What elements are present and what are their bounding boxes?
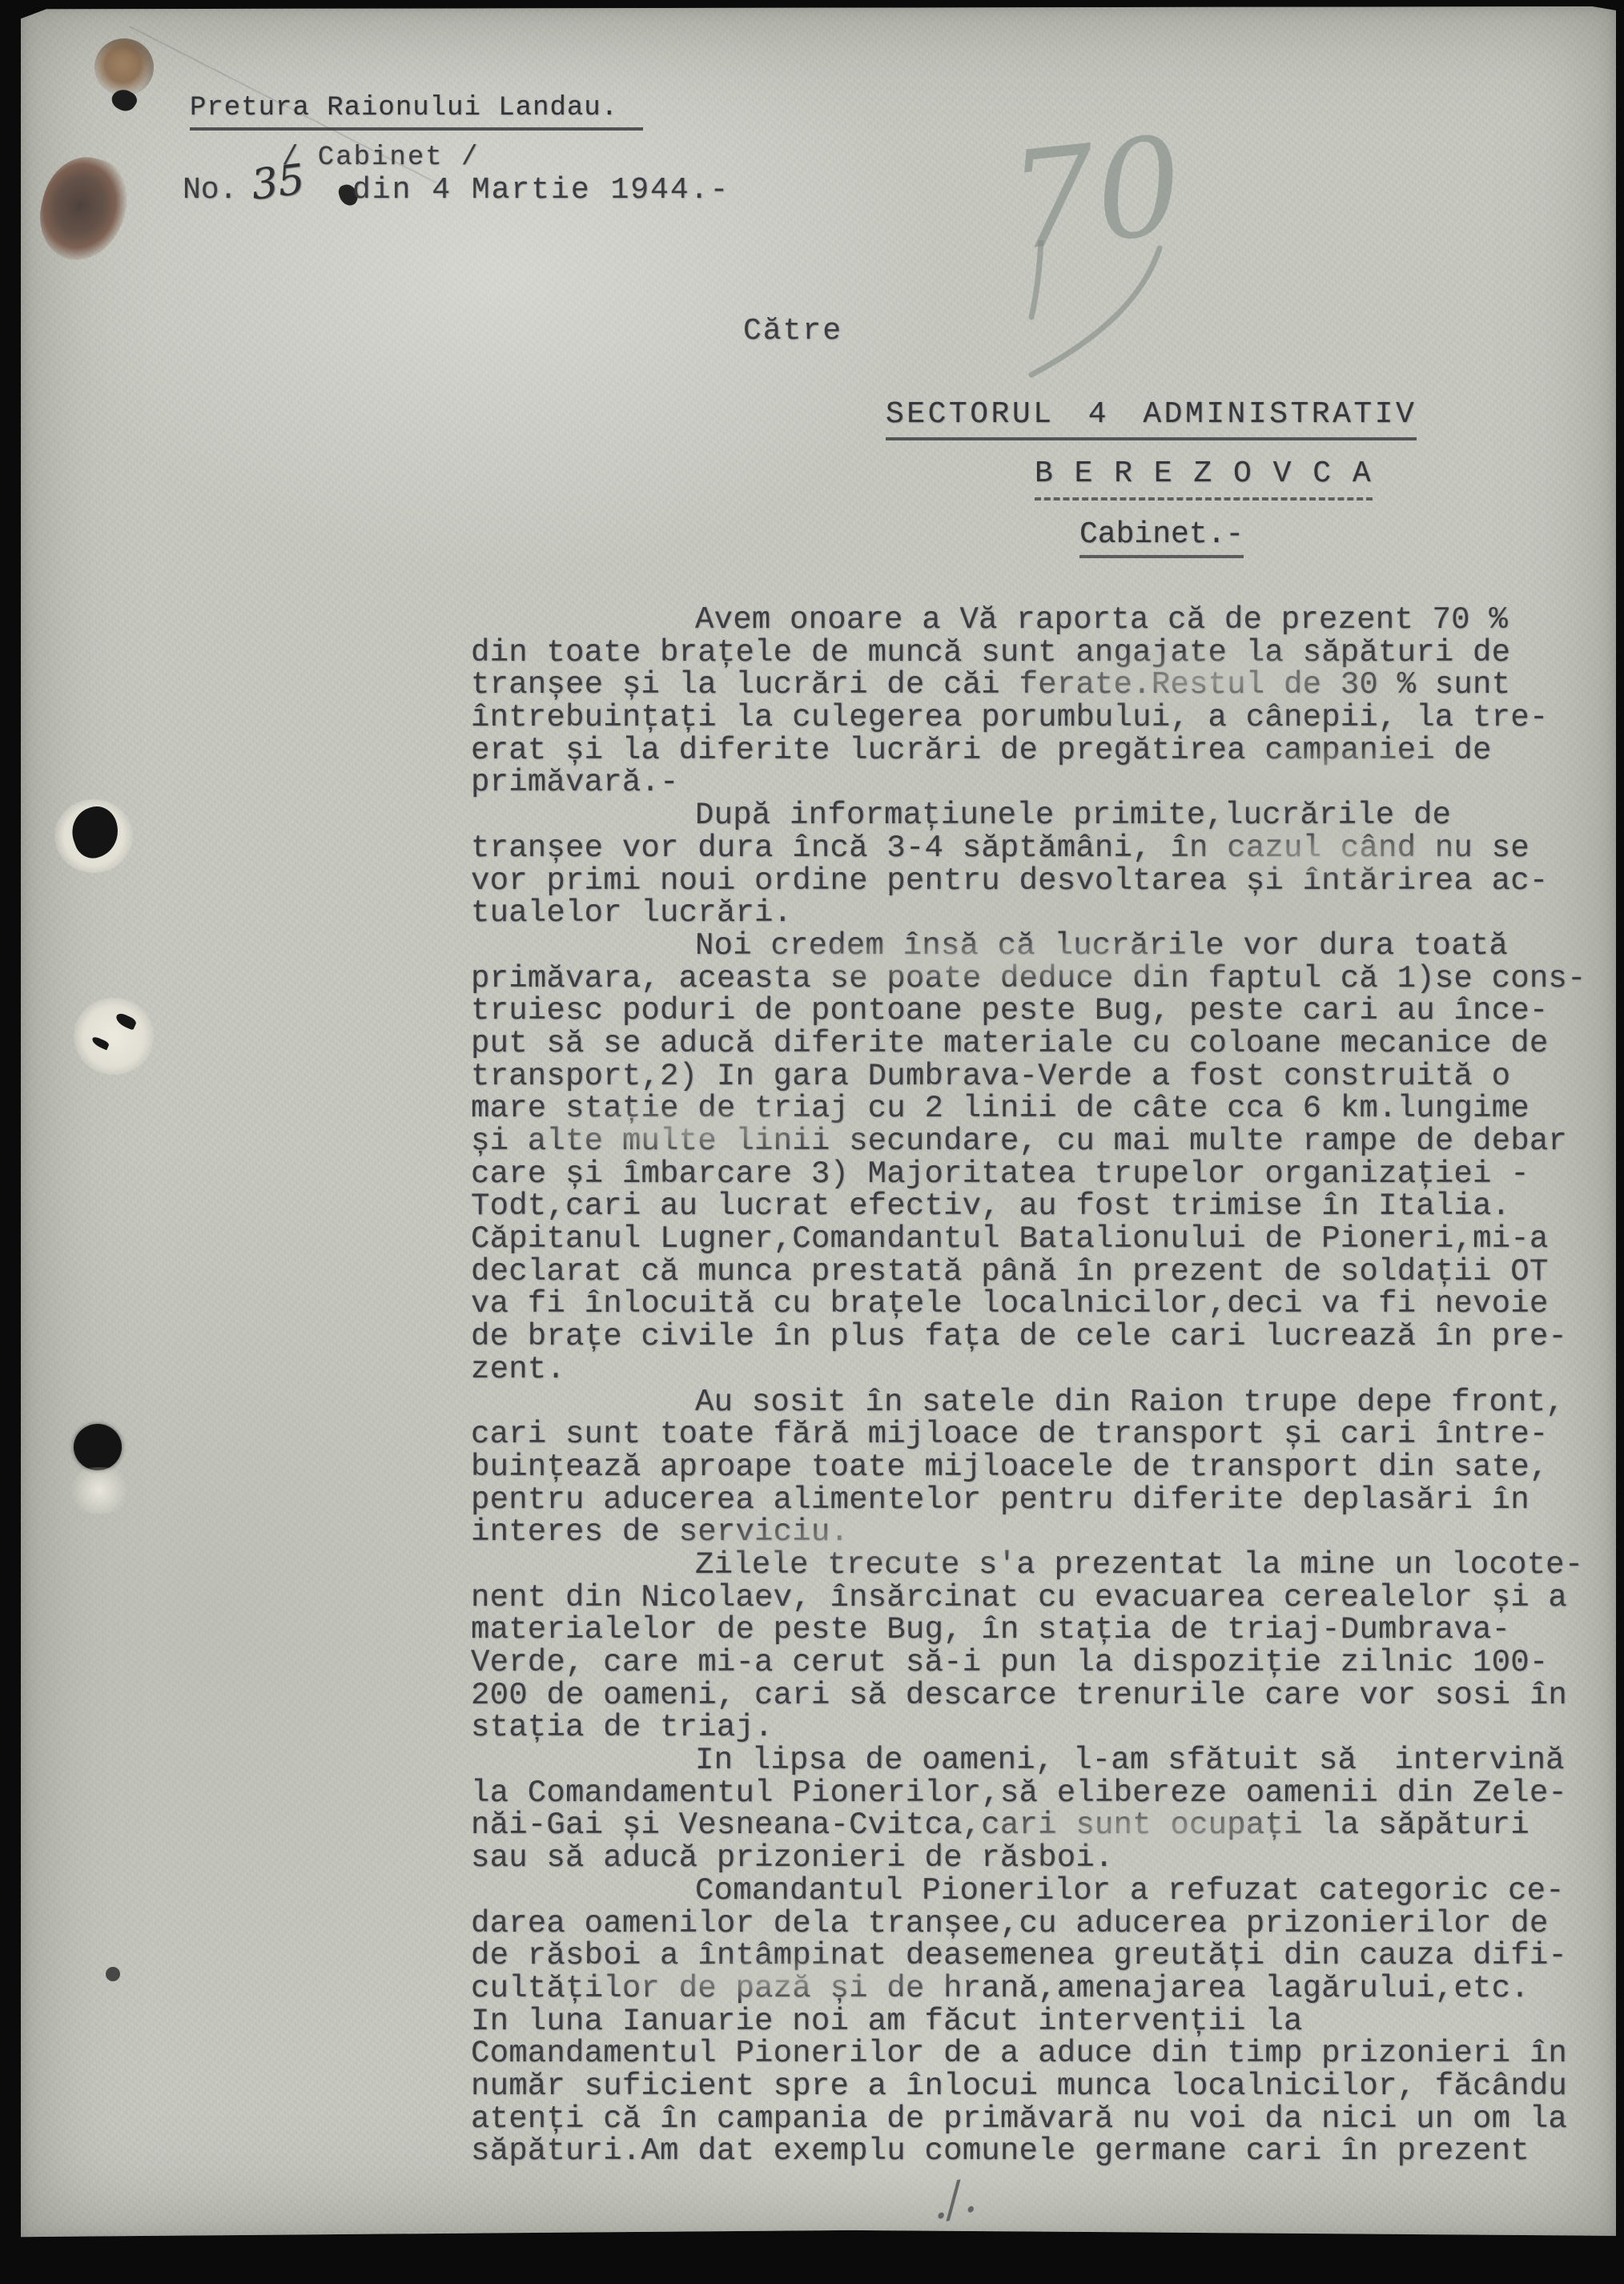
typed-line: întrebuințați la culegerea porumbului, a… [471, 700, 1624, 733]
typed-line: tranșee și la lucrări de căi ferate.Rest… [471, 667, 1624, 700]
typed-line: primăvara, aceasta se poate deduce din f… [471, 961, 1624, 994]
typed-line: primăvară.- [471, 765, 1624, 798]
typed-line: și alte multe linii secundare, cu mai mu… [471, 1124, 1624, 1156]
typed-line: la Comandamentul Pionerilor,să elibereze… [471, 1775, 1624, 1808]
pencil-annotation-70: 70 [1004, 118, 1188, 269]
typed-line: transport,2) In gara Dumbrava-Verde a fo… [471, 1059, 1624, 1092]
typed-line: Noi credem însă că lucrările vor dura to… [471, 928, 1624, 961]
typed-line: 200 de oameni, cari să descarce trenuril… [471, 1678, 1624, 1711]
typed-line: va fi înlocuită cu brațele localnicilor,… [471, 1286, 1624, 1319]
typed-line: care și îmbarcare 3) Majoritatea trupelo… [471, 1156, 1624, 1189]
typed-line: Todt,cari au lucrat efectiv, au fost tri… [471, 1188, 1624, 1221]
document-body: Avem onoare a Vă raporta că de prezent 7… [471, 602, 1624, 2166]
typed-line: cultăților de pază și de hrană,amenajare… [471, 1971, 1624, 2004]
addressee-sector: SECTORUL 4 ADMINISTRATIV [886, 397, 1417, 440]
typed-line: Comandamentul Pionerilor de a aduce din … [471, 2036, 1624, 2069]
typed-line: zent. [471, 1352, 1624, 1385]
typed-line: declarat că munca prestată până în preze… [471, 1254, 1624, 1287]
document-date: din 4 Martie 1944.- [352, 173, 730, 207]
typed-line: din toate brațele de muncă sunt angajate… [471, 635, 1624, 668]
typed-line: sau să aducă prizonieri de răsboi. [471, 1840, 1624, 1873]
paragraph: Noi credem însă că lucrările vor dura to… [471, 928, 1624, 1385]
typed-line: put să se aducă diferite materiale cu co… [471, 1026, 1624, 1059]
typed-line: năi-Gai și Vesneana-Cvitca,cari sunt ocu… [471, 1807, 1624, 1840]
typed-line: cari sunt toate fără mijloace de transpo… [471, 1417, 1624, 1450]
typed-line: Avem onoare a Vă raporta că de prezent 7… [471, 602, 1624, 635]
typed-line: stația de triaj. [471, 1710, 1624, 1743]
typed-line: Verde, care mi-a cerut să-i pun la dispo… [471, 1645, 1624, 1678]
typed-line: erat și la diferite lucrări de pregătire… [471, 733, 1624, 766]
typed-line: In luna Ianuarie noi am făcut intervenți… [471, 2004, 1624, 2037]
registration-number-value-handwritten: 35 [249, 155, 308, 210]
typed-line: pentru aducerea alimentelor pentru difer… [471, 1482, 1624, 1515]
typed-line: truiesc poduri de pontoane peste Bug, pe… [471, 993, 1624, 1026]
typed-line: vor primi noui ordine pentru desvoltarea… [471, 863, 1624, 896]
paragraph: Au sosit în satele din Raion trupe depe … [471, 1385, 1624, 1547]
typed-line: In lipsa de oameni, l-am sfătuit să inte… [471, 1743, 1624, 1775]
typed-line: de răsboi a întâmpinat deasemenea greută… [471, 1938, 1624, 1971]
letterhead-org-name: Pretura Raionului Landau. [190, 93, 643, 131]
typed-line: săpături.Am dat exemplu comunele germane… [471, 2133, 1624, 2166]
typed-line: Comandantul Pionerilor a refuzat categor… [471, 1873, 1624, 1906]
typed-line: darea oamenilor dela tranșee,cu aducerea… [471, 1906, 1624, 1939]
letterhead-cabinet: / Cabinet / [282, 143, 479, 173]
addressee-cabinet: Cabinet.- [1079, 517, 1244, 558]
scanned-document-page: Pretura Raionului Landau. / Cabinet / No… [0, 0, 1624, 2284]
typed-line: Căpitanul Lugner,Comandantul Batalionulu… [471, 1221, 1624, 1254]
typed-line: număr suficient spre a înlocui munca loc… [471, 2069, 1624, 2101]
typed-line: Zilele trecute s'a prezentat la mine un … [471, 1547, 1624, 1580]
typed-line: mare stație de triaj cu 2 linii de câte … [471, 1091, 1624, 1124]
paragraph: In lipsa de oameni, l-am sfătuit să inte… [471, 1743, 1624, 1873]
typed-line: tualelor lucrări. [471, 895, 1624, 928]
typed-line: materialelor de peste Bug, în stația de … [471, 1612, 1624, 1645]
registration-number-label: No. [183, 173, 237, 207]
typed-line: buințează aproape toate mijloacele de tr… [471, 1450, 1624, 1482]
paragraph: Avem onoare a Vă raporta că de prezent 7… [471, 602, 1624, 798]
paragraph: Comandantul Pionerilor a refuzat categor… [471, 1873, 1624, 2166]
typed-line: Au sosit în satele din Raion trupe depe … [471, 1385, 1624, 1417]
salutation-catre: Către [743, 314, 842, 348]
typed-line: tranșee vor dura încă 3-4 săptămâni, în … [471, 830, 1624, 863]
typed-line: de brațe civile în plus fața de cele car… [471, 1319, 1624, 1352]
typed-line: nent din Nicolaev, însărcinat cu evacuar… [471, 1580, 1624, 1613]
addressee-place: B E R E Z O V C A [1035, 456, 1373, 501]
typed-line: interes de serviciu. [471, 1514, 1624, 1547]
paragraph: După informațiunele primite,lucrările de… [471, 798, 1624, 928]
typed-line: atenți că în campania de primăvară nu vo… [471, 2101, 1624, 2134]
typed-line: După informațiunele primite,lucrările de [471, 798, 1624, 830]
paragraph: Zilele trecute s'a prezentat la mine un … [471, 1547, 1624, 1743]
